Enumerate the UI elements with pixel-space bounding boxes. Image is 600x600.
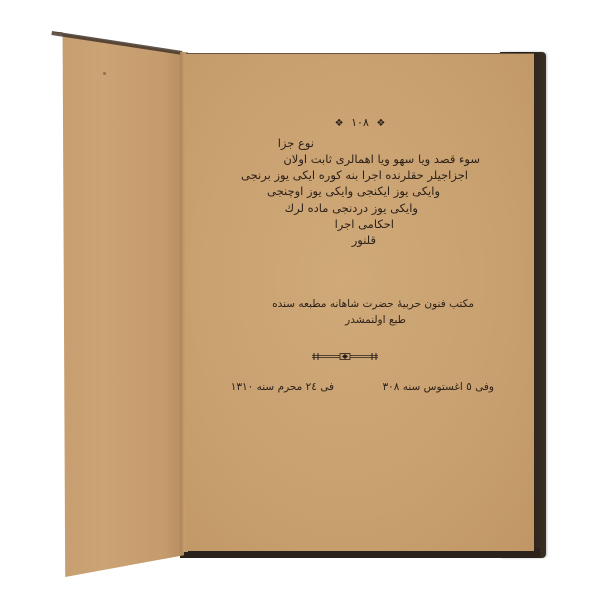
- ornamental-divider-icon: [310, 352, 380, 361]
- body-line-7: قلنور: [352, 233, 376, 247]
- body-line-5: وایکی یوز دردنجی ماده لرك: [285, 201, 418, 215]
- book-photo: ❖ ١٠٨ ❖ نوع جزا سوء قصد ویا سهو ویا اهما…: [0, 0, 600, 600]
- date-hijri: فی ٢٤ محرم سنه ١٣١٠: [231, 380, 334, 394]
- paper-foxing-spot: [103, 72, 106, 75]
- body-line-6: احکامی اجرا: [335, 217, 394, 231]
- body-line-1: نوع جزا: [278, 136, 314, 150]
- imprint-line-1: مکتب فنون حربیهٔ حضرت شاهانه مطبعه سنده: [272, 297, 474, 311]
- date-rumi: وفی ٥ اغستوس سنه ٣٠٨: [382, 380, 494, 394]
- imprint-line-2: طبع اولنمشدر: [345, 313, 406, 327]
- left-page-blank: [52, 32, 184, 577]
- right-page-colophon: ❖ ١٠٨ ❖ نوع جزا سوء قصد ویا سهو ویا اهما…: [186, 53, 534, 551]
- page-number-header: ❖ ١٠٨ ❖: [186, 116, 534, 129]
- body-line-4: وایکی یوز ایکنجی وایکی یوز اوچنجی: [267, 184, 440, 198]
- page-number: ١٠٨: [351, 116, 369, 129]
- ornament-right-icon: ❖: [376, 118, 385, 129]
- ornament-left-icon: ❖: [335, 118, 344, 129]
- body-line-2: سوء قصد ویا سهو ویا اهمالری ثابت اولان: [283, 152, 480, 166]
- body-line-3: اجزاجیلر حقلرنده اجرا بنه کوره ایکی یوز …: [241, 168, 468, 182]
